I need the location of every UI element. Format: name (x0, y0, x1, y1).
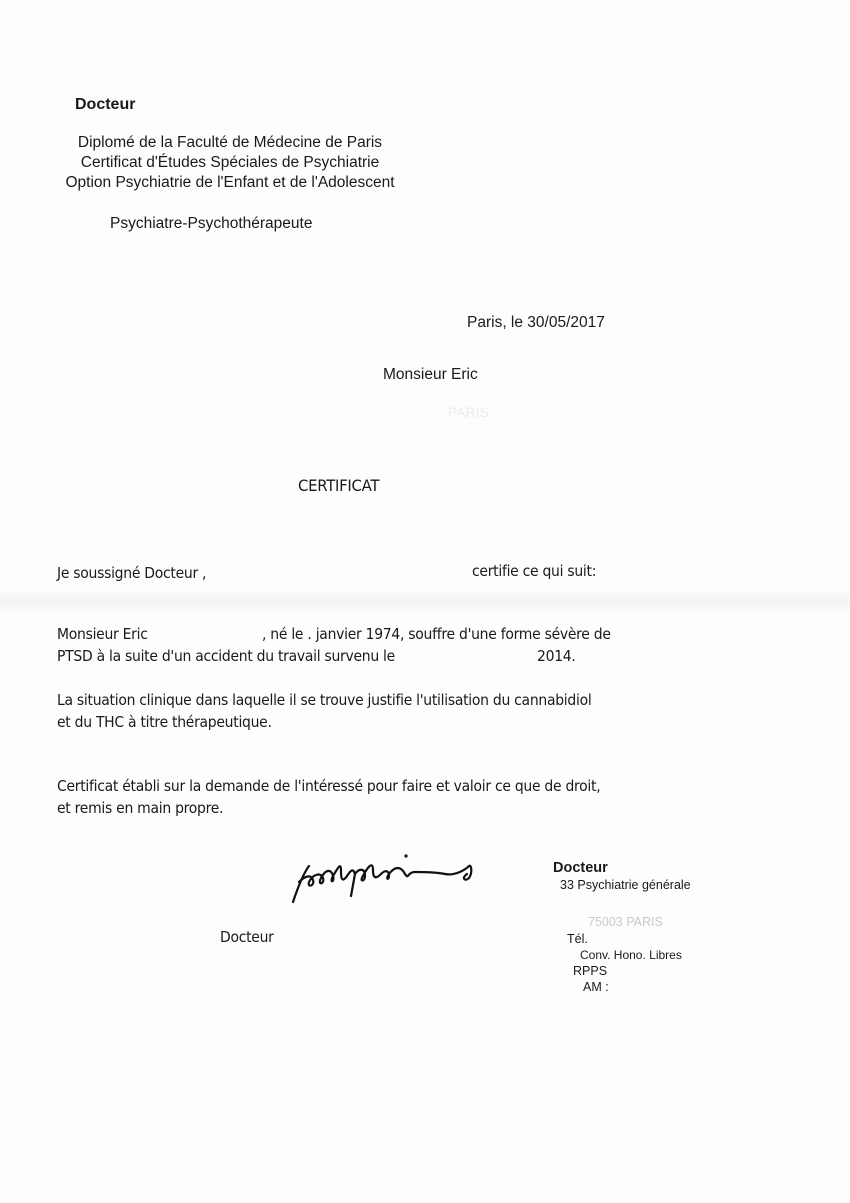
place-date: Paris, le 30/05/2017 (467, 314, 605, 332)
paragraph-2-line1: La situation clinique dans laquelle il s… (57, 691, 591, 709)
paragraph-1-line2: PTSD à la suite d'un accident du travail… (57, 647, 395, 665)
credential-line: Option Psychiatrie de l'Enfant et de l'A… (30, 174, 430, 192)
paragraph-1-name: Monsieur Eric (57, 625, 148, 643)
intro-left: Je soussigné Docteur , (57, 564, 206, 582)
paragraph-1-text: , né le . janvier 1974, souffre d'une fo… (262, 625, 611, 643)
signer-label: Docteur (220, 928, 274, 946)
stamp-title: Docteur (553, 860, 608, 876)
paragraph-3-line1: Certificat établi sur la demande de l'in… (57, 777, 600, 795)
credential-line: Certificat d'Études Spéciales de Psychia… (30, 154, 430, 172)
paragraph-3-line2: et remis en main propre. (57, 799, 223, 817)
stamp-phone-label: Tél. (567, 932, 588, 946)
stamp-convention: Conv. Hono. Libres (580, 948, 682, 962)
handwritten-signature (285, 852, 495, 907)
paragraph-2-line2: et du THC à titre thérapeutique. (57, 713, 272, 731)
stamp-specialty: 33 Psychiatrie générale (560, 878, 691, 892)
profession: Psychiatre-Psychothérapeute (110, 215, 312, 233)
recipient-name: Monsieur Eric (383, 366, 478, 384)
intro-right: certifie ce qui suit: (472, 562, 596, 580)
scan-artifact (0, 590, 850, 612)
recipient-city: PARIS (448, 404, 489, 420)
stamp-city: 75003 PARIS (588, 915, 663, 929)
credential-line: Diplomé de la Faculté de Médecine de Par… (30, 134, 430, 152)
stamp-am-label: AM : (583, 980, 609, 994)
letterhead-doctor-title: Docteur (75, 96, 135, 114)
document-title: CERTIFICAT (298, 476, 379, 495)
paragraph-1-year: 2014. (537, 647, 576, 665)
stamp-rpps-label: RPPS (573, 964, 607, 978)
